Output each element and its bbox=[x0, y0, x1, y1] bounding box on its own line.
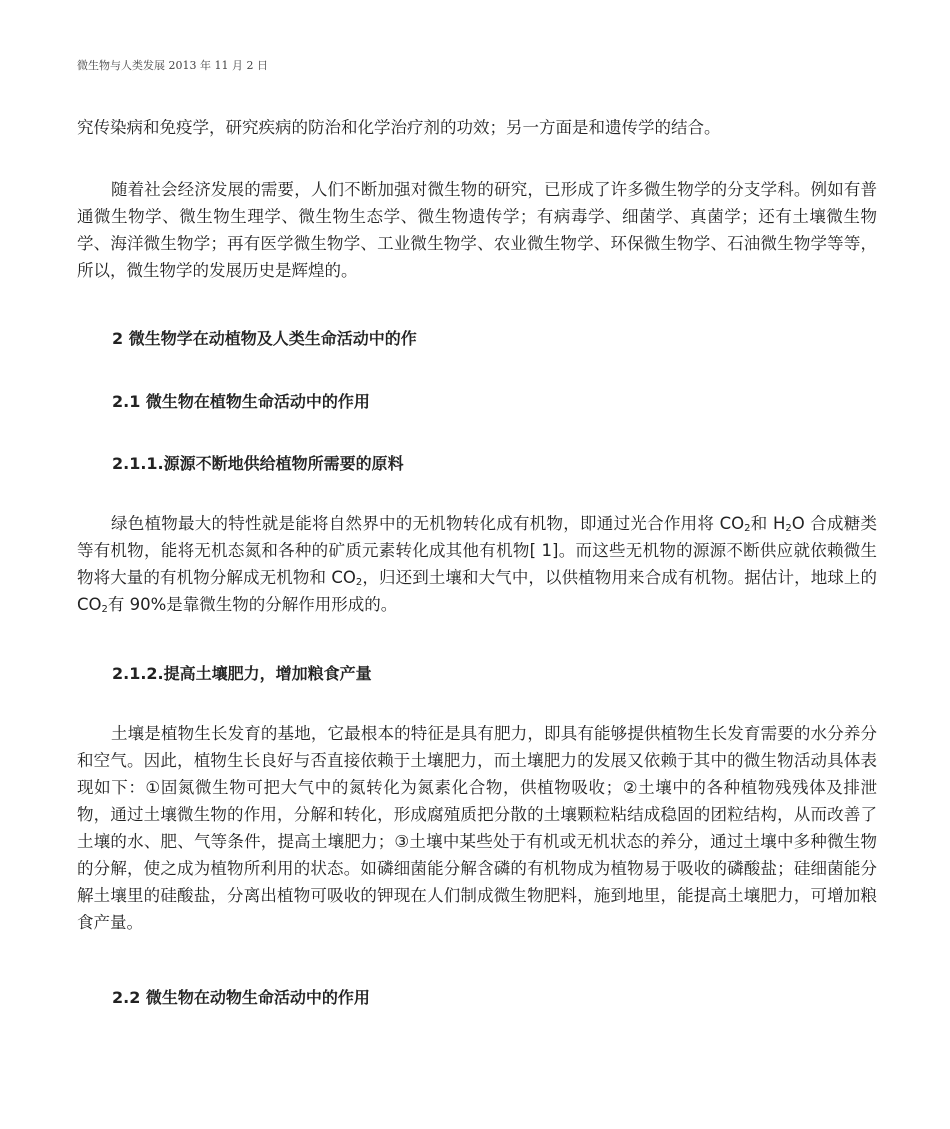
paragraph-continuation: 究传染病和免疫学，研究疾病的防治和化学治疗剂的功效；另一方面是和遗传学的结合。 bbox=[77, 114, 877, 141]
header-title: 微生物与人类发展 bbox=[77, 59, 165, 72]
section-heading-2-2: 2.2 微生物在动物生命活动中的作用 bbox=[112, 985, 370, 1008]
paragraph-plant-raw-materials: 绿色植物最大的特性就是能将自然界中的无机物转化成有机物，即通过光合作用将 CO2… bbox=[77, 510, 877, 618]
section-heading-2-1-1: 2.1.1.源源不断地供给植物所需要的原料 bbox=[112, 451, 404, 474]
page-header: 微生物与人类发展 2013 年 11 月 2 日 bbox=[77, 57, 268, 73]
section-heading-2-1: 2.1 微生物在植物生命活动中的作用 bbox=[112, 389, 370, 412]
section-heading-2-1-2: 2.1.2.提高土壤肥力，增加粮食产量 bbox=[112, 661, 372, 684]
paragraph-subdisciplines: 随着社会经济发展的需要，人们不断加强对微生物的研究，已形成了许多微生物学的分支学… bbox=[77, 176, 877, 284]
paragraph-soil-fertility: 土壤是植物生长发育的基地，它最根本的特征是具有肥力，即具有能够提供植物生长发育需… bbox=[77, 720, 877, 936]
header-date: 2013 年 11 月 2 日 bbox=[169, 59, 268, 72]
section-heading-2: 2 微生物学在动植物及人类生命活动中的作 bbox=[112, 326, 417, 349]
